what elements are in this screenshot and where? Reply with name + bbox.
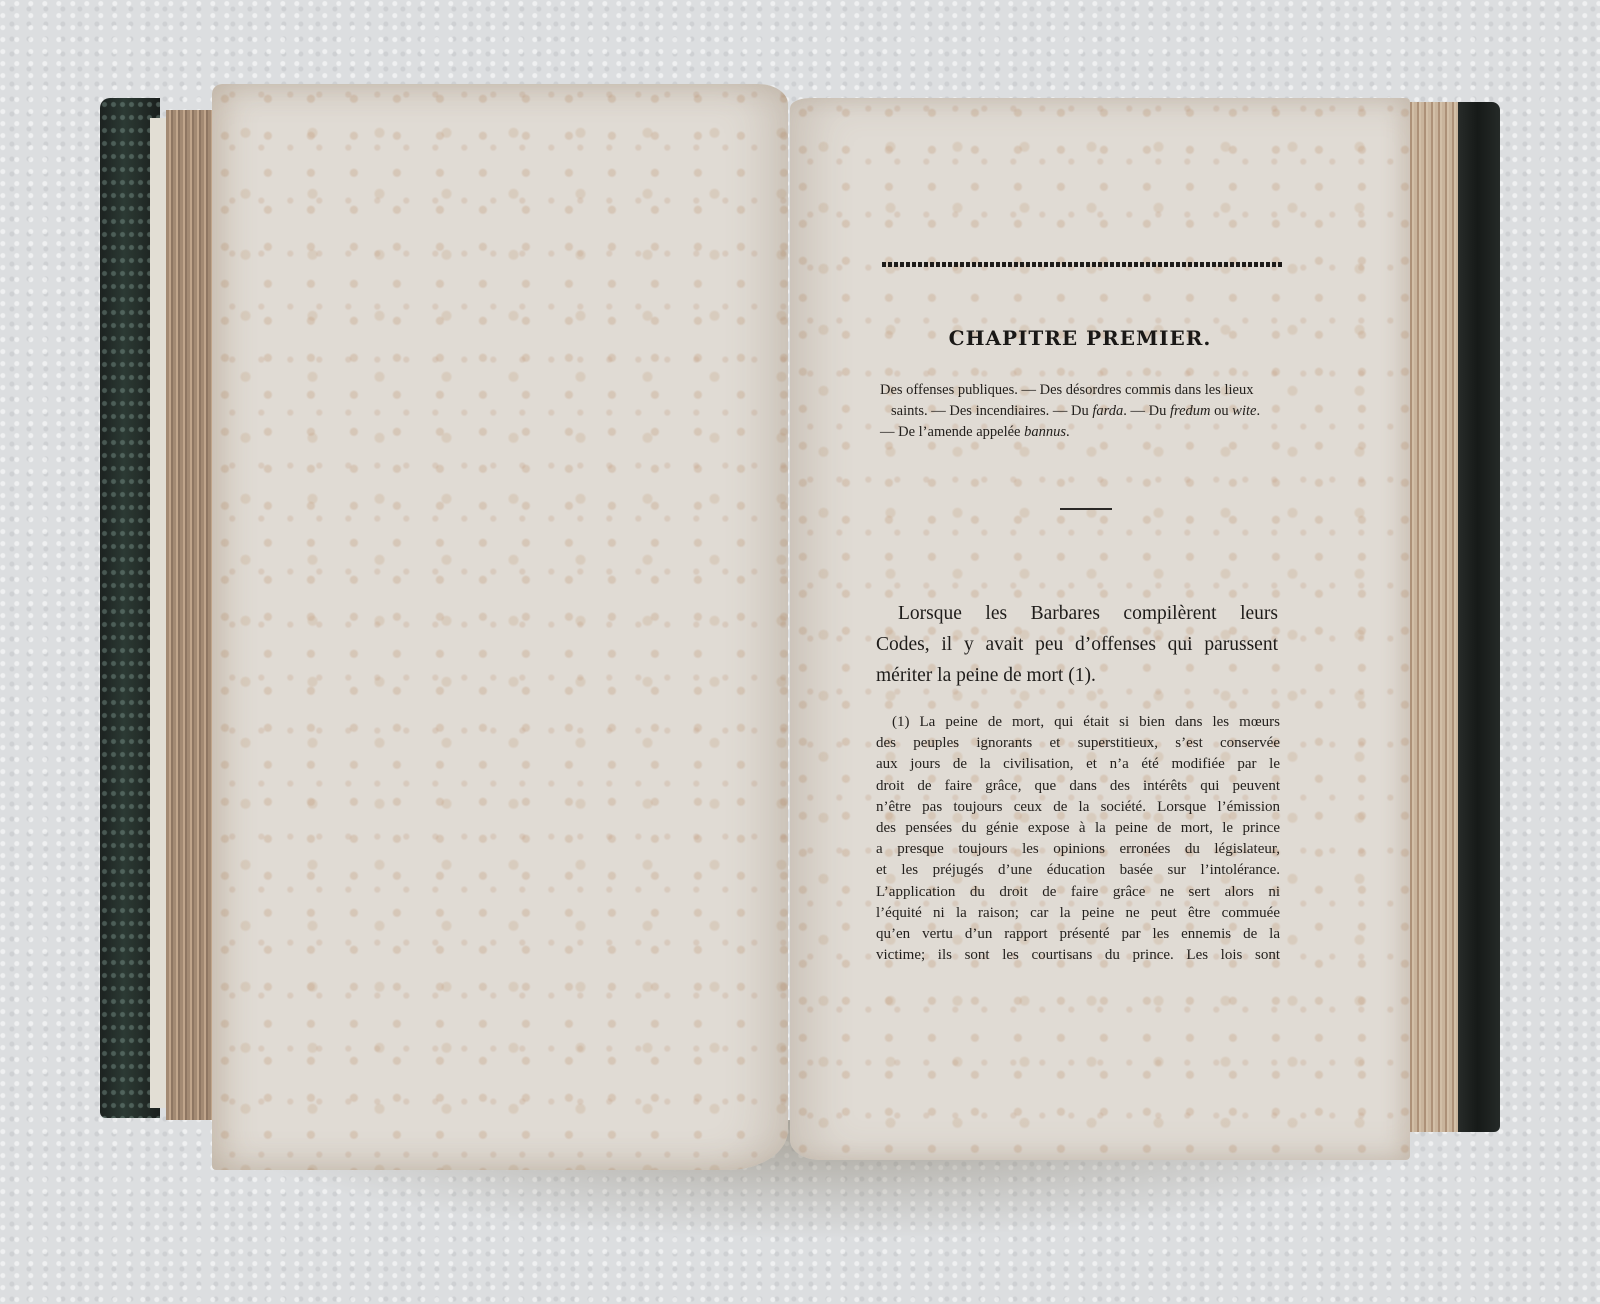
- footnote-line: et les préjugés d’une éducation basée su…: [876, 860, 1280, 881]
- footnote-line: qu’en vertu d’un rapport présenté par le…: [876, 924, 1280, 945]
- chapter-summary: Des offenses publiques. — Des désordres …: [880, 380, 1283, 443]
- header-ornament-rule: [882, 262, 1282, 267]
- footnote: (1) La peine de mort, qui était si bien …: [876, 712, 1280, 966]
- chapter-title: CHAPITRE PREMIER.: [880, 326, 1280, 350]
- section-divider-rule: [1060, 508, 1112, 510]
- summary-line: saints. — Des incendiaires. — Du farda. …: [880, 401, 1283, 422]
- summary-line: — De l’amende appelée bannus.: [880, 422, 1283, 443]
- footnote-line: des peuples ignorants et superstitieux, …: [876, 733, 1280, 754]
- summary-line: Des offenses publiques. — Des désordres …: [880, 380, 1283, 401]
- body-line: mériter la peine de mort (1).: [876, 660, 1278, 691]
- footnote-line: n’être pas toujours ceux de la société. …: [876, 797, 1280, 818]
- footnote-line: victime; ils sont les courtisans du prin…: [876, 945, 1280, 966]
- body-line: Lorsque les Barbares compilèrent leurs: [876, 598, 1278, 629]
- body-paragraph: Lorsque les Barbares compilèrent leurs C…: [876, 598, 1278, 691]
- cover-right: [1455, 102, 1500, 1132]
- left-page-blank: [212, 84, 788, 1170]
- footnote-line: l’équité ni la raison; car la peine ne p…: [876, 903, 1280, 924]
- footnote-line: droit de faire grâce, que dans des intér…: [876, 776, 1280, 797]
- footnote-line: aux jours de la civilisation, et n’a été…: [876, 754, 1280, 775]
- footnote-line: des pensées du génie expose à la peine d…: [876, 818, 1280, 839]
- footnote-line: (1) La peine de mort, qui était si bien …: [876, 712, 1280, 733]
- footnote-line: L’application du droit de faire grâce ne…: [876, 882, 1280, 903]
- footnote-line: a presque toujours les opinions erronées…: [876, 839, 1280, 860]
- body-line: Codes, il y avait peu d’offenses qui par…: [876, 629, 1278, 660]
